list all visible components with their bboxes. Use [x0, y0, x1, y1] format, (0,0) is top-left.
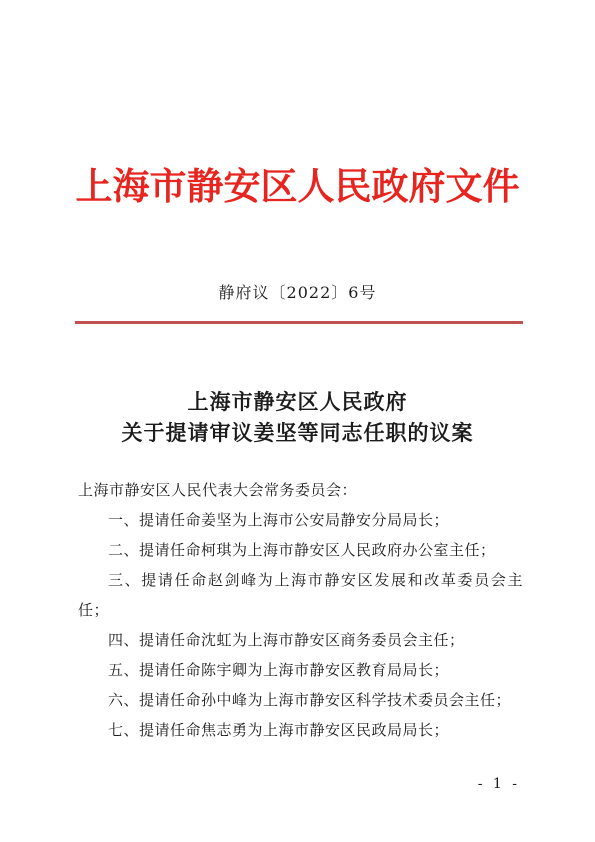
- document-title-line2: 关于提请审议姜坚等同志任职的议案: [0, 417, 595, 448]
- salutation: 上海市静安区人民代表大会常务委员会：: [78, 475, 523, 505]
- appointment-item-2: 二、提请任命柯琪为上海市静安区人民政府办公室主任；: [78, 535, 523, 565]
- document-body: 上海市静安区人民代表大会常务委员会： 一、提请任命姜坚为上海市公安局静安分局局长…: [78, 475, 523, 745]
- appointment-item-3: 三、提请任命赵剑峰为上海市静安区发展和改革委员会主任；: [78, 565, 523, 625]
- appointment-item-6: 六、提请任命孙中峰为上海市静安区科学技术委员会主任；: [78, 685, 523, 715]
- document-number: 静府议〔2022〕6号: [0, 280, 595, 303]
- appointment-item-5: 五、提请任命陈宇卿为上海市静安区教育局局长；: [78, 655, 523, 685]
- red-divider-line: [75, 321, 523, 324]
- document-title-line1: 上海市静安区人民政府: [0, 386, 595, 417]
- document-header-title: 上海市静安区人民政府文件: [0, 156, 595, 210]
- document-title: 上海市静安区人民政府 关于提请审议姜坚等同志任职的议案: [0, 386, 595, 448]
- appointment-item-1: 一、提请任命姜坚为上海市公安局静安分局局长；: [78, 505, 523, 535]
- appointment-item-4: 四、提请任命沈虹为上海市静安区商务委员会主任；: [78, 625, 523, 655]
- document-page: 上海市静安区人民政府文件 静府议〔2022〕6号 上海市静安区人民政府 关于提请…: [0, 0, 595, 842]
- page-number: - 1 -: [0, 776, 520, 792]
- appointment-item-7: 七、提请任命焦志勇为上海市静安区民政局局长；: [78, 715, 523, 745]
